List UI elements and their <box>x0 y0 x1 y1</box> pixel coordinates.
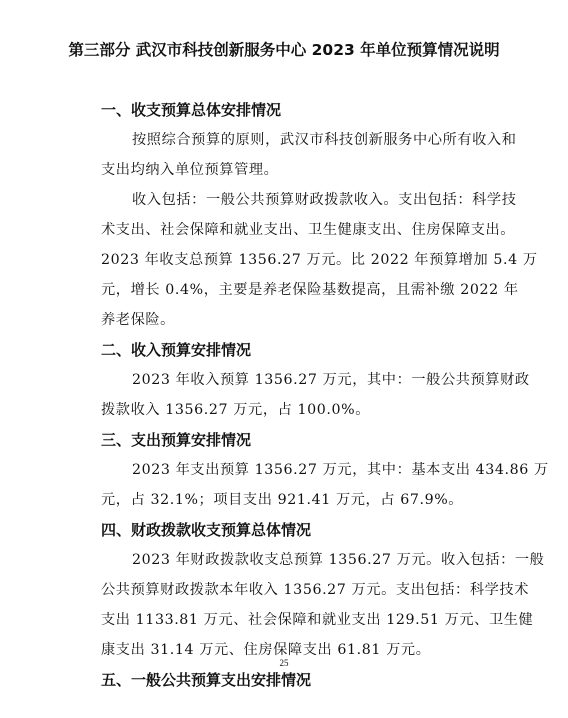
section-4-paragraph-1: 2023 年财政拨款收支总预算 1356.27 万元。收入包括：一般 公共预算财… <box>70 545 498 665</box>
section-heading-4: 四、财政拨款收支预算总体情况 <box>70 515 498 545</box>
section-heading-2: 二、收入预算安排情况 <box>70 335 498 365</box>
text-line: 支出 1133.81 万元、社会保障和就业支出 129.51 万元、卫生健 <box>70 605 498 635</box>
page-number: 25 <box>0 658 568 668</box>
text-line: 养老保险。 <box>70 305 498 335</box>
text-line: 按照综合预算的原则，武汉市科技创新服务中心所有收入和 <box>70 125 498 155</box>
document-page: 第三部分 武汉市科技创新服务中心 2023 年单位预算情况说明 一、收支预算总体… <box>0 0 568 718</box>
document-body: 一、收支预算总体安排情况 按照综合预算的原则，武汉市科技创新服务中心所有收入和 … <box>70 95 498 695</box>
section-1-paragraph-2: 收入包括：一般公共预算财政拨款收入。支出包括：科学技 术支出、社会保障和就业支出… <box>70 185 498 335</box>
text-line: 2023 年收支总预算 1356.27 万元。比 2022 年预算增加 5.4 … <box>70 245 498 275</box>
text-line: 拨款收入 1356.27 万元，占 100.0%。 <box>70 395 498 425</box>
section-2-paragraph-1: 2023 年收入预算 1356.27 万元，其中：一般公共预算财政 拨款收入 1… <box>70 365 498 425</box>
text-line: 元，增长 0.4%，主要是养老保险基数提高，且需补缴 2022 年 <box>70 275 498 305</box>
section-heading-1: 一、收支预算总体安排情况 <box>70 95 498 125</box>
text-line: 公共预算财政拨款本年收入 1356.27 万元。支出包括：科学技术 <box>70 575 498 605</box>
text-line: 元，占 32.1%；项目支出 921.41 万元，占 67.9%。 <box>70 485 498 515</box>
text-line: 2023 年支出预算 1356.27 万元，其中：基本支出 434.86 万 <box>70 455 498 485</box>
text-line: 术支出、社会保障和就业支出、卫生健康支出、住房保障支出。 <box>70 215 498 245</box>
text-line: 收入包括：一般公共预算财政拨款收入。支出包括：科学技 <box>70 185 498 215</box>
page-title: 第三部分 武汉市科技创新服务中心 2023 年单位预算情况说明 <box>0 38 568 60</box>
section-heading-5: 五、一般公共预算支出安排情况 <box>70 665 498 695</box>
text-line: 2023 年财政拨款收支总预算 1356.27 万元。收入包括：一般 <box>70 545 498 575</box>
section-3-paragraph-1: 2023 年支出预算 1356.27 万元，其中：基本支出 434.86 万 元… <box>70 455 498 515</box>
section-1-paragraph-1: 按照综合预算的原则，武汉市科技创新服务中心所有收入和 支出均纳入单位预算管理。 <box>70 125 498 185</box>
text-line: 2023 年收入预算 1356.27 万元，其中：一般公共预算财政 <box>70 365 498 395</box>
section-heading-3: 三、支出预算安排情况 <box>70 425 498 455</box>
text-line: 支出均纳入单位预算管理。 <box>70 155 498 185</box>
